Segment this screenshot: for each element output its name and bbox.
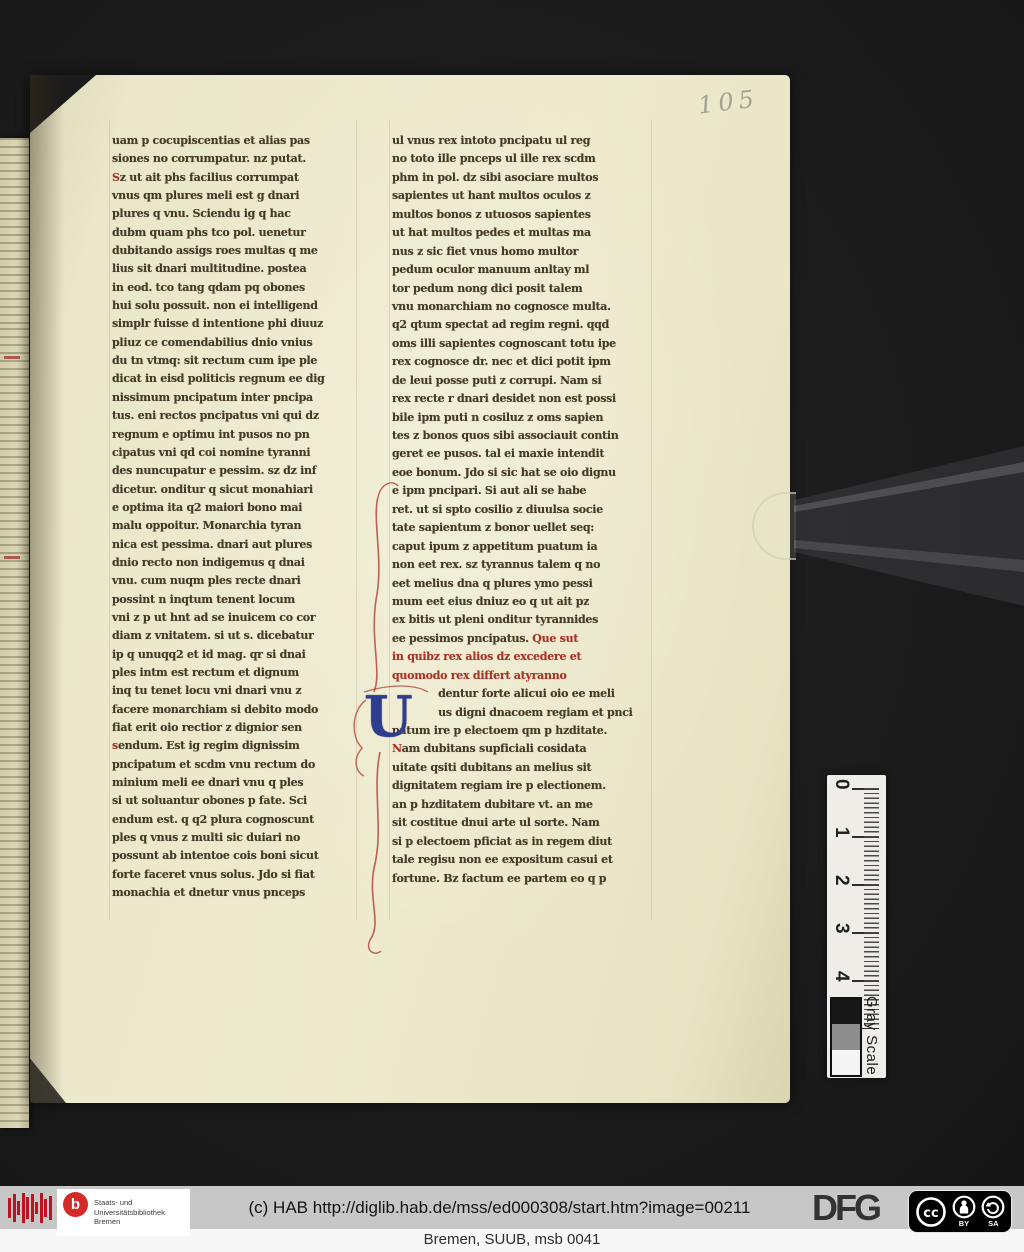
- manuscript-line: phm in pol. dz sibi asociare multos: [392, 168, 640, 186]
- cc-by-label: BY: [959, 1220, 969, 1228]
- manuscript-line: e optima ita q2 maiori bono mai: [112, 498, 360, 516]
- manuscript-line: ples q vnus z multi sic duiari no: [112, 828, 360, 846]
- manuscript-line: in quibz rex alios dz excedere et: [392, 647, 640, 665]
- illuminated-initial: U: [364, 688, 426, 750]
- manuscript-line: du tn vtmq: sit rectum cum ipe ple: [112, 351, 360, 369]
- ruler-number: 3: [830, 923, 852, 934]
- manuscript-line: sendum. Est ig regim dignissim: [112, 736, 360, 754]
- manuscript-line: rex recte r dnari desidet non est possi: [392, 389, 640, 407]
- manuscript-line: rex cognosce dr. nec et dici potit ipm: [392, 352, 640, 370]
- manuscript-line: des nuncupatur e pessim. sz dz inf: [112, 461, 360, 479]
- manuscript-line: ip q unuqq2 et id mag. qr si dnai: [112, 645, 360, 663]
- manuscript-line: us digni dnacoem regiam et pnci: [392, 703, 640, 721]
- manuscript-line: si p electoem pficiat as in regem diut: [392, 832, 640, 850]
- manuscript-line: Nam dubitans supficiali cosidata: [392, 739, 640, 757]
- library-name-line1: Staats- und: [94, 1198, 165, 1208]
- manuscript-line: mum eet eius dniuz eo q ut ait pz: [392, 592, 640, 610]
- manuscript-line: tate sapientum z bonor uellet seq:: [392, 518, 640, 536]
- manuscript-line: eet melius dna q plures ymo pessi: [392, 574, 640, 592]
- manuscript-line: ret. ut si spto cosilio z diuulsa socie: [392, 500, 640, 518]
- manuscript-line: si ut soluantur obones p fate. Sci: [112, 791, 360, 809]
- manuscript-line: nissimum pncipatum inter pncipa: [112, 388, 360, 406]
- copyright-text: (c) HAB http://diglib.hab.de/mss/ed00030…: [200, 1186, 799, 1229]
- manuscript-line: tale regisu non ee expositum casui et: [392, 850, 640, 868]
- manuscript-line: ex bitis ut pleni onditur tyrannides: [392, 610, 640, 628]
- manuscript-line: ul vnus rex intoto pncipatu ul reg: [392, 131, 640, 149]
- manuscript-line: nica est pessima. dnari aut plures: [112, 535, 360, 553]
- cc-icon: cc: [915, 1196, 947, 1228]
- manuscript-line: no toto ille pnceps ul ille rex scdm: [392, 149, 640, 167]
- manuscript-line: quomodo rex differt atyranno: [392, 666, 640, 684]
- dfg-logo: DFG: [812, 1189, 904, 1227]
- manuscript-line: multos bonos z utuosos sapientes: [392, 205, 640, 223]
- manuscript-line: e ipm pncipari. Si aut ali se habe: [392, 481, 640, 499]
- manuscript-line: bile ipm puti n cosiluz z oms sapien: [392, 408, 640, 426]
- grayscale-patches: [830, 997, 862, 1077]
- manuscript-line: fiat erit oio rectior z dignior sen: [112, 718, 360, 736]
- red-text-fragment: [4, 356, 20, 359]
- manuscript-line: sapientes ut hant multos oculos z: [392, 186, 640, 204]
- patch-white: [832, 1050, 860, 1075]
- manuscript-line: nus z sic fiet vnus homo multor: [392, 242, 640, 260]
- suub-bars-logo: [8, 1192, 56, 1224]
- manuscript-line: cipatus vni qd coi nomine tyranni: [112, 443, 360, 461]
- ruling-line: [389, 120, 390, 920]
- manuscript-line: malu oppoitur. Monarchia tyran: [112, 516, 360, 534]
- manuscript-line: minium meli ee dnari vnu q ples: [112, 773, 360, 791]
- manuscript-line: pncipatum et scdm vnu rectum do: [112, 755, 360, 773]
- text-column-left: uam p cocupiscentias et alias passiones …: [112, 131, 360, 901]
- cc-sa-label: SA: [988, 1220, 998, 1228]
- manuscript-line: caput ipum z appetitum puatum ia: [392, 537, 640, 555]
- manuscript-line: possunt ab intentoe cois boni sicut: [112, 846, 360, 864]
- manuscript-line: vni z p ut hnt ad se inuicem co cor: [112, 608, 360, 626]
- cc-license-badge: cc BY SA: [908, 1190, 1012, 1233]
- manuscript-line: tes z bonos quos sibi associauit contin: [392, 426, 640, 444]
- manuscript-line: inq tu tenet locu vni dnari vnu z: [112, 681, 360, 699]
- manuscript-line: possint n inqtum tenent locum: [112, 590, 360, 608]
- manuscript-line: patum ire p electoem qm p hzditate.: [392, 721, 640, 739]
- manuscript-line: Sz ut ait phs facilius corrumpat: [112, 168, 360, 186]
- library-name-line3: Bremen: [94, 1217, 165, 1227]
- manuscript-line: ee pessimos pncipatus. Que sut: [392, 629, 640, 647]
- manuscript-line: de leui posse puti z corrupi. Nam si: [392, 371, 640, 389]
- ruler-number: 2: [830, 875, 852, 886]
- ruler-number: 0: [830, 779, 852, 790]
- text-column-right: ul vnus rex intoto pncipatu ul regno tot…: [392, 131, 640, 887]
- cc-sa-icon: SA: [981, 1195, 1005, 1228]
- ruler-minor-ticks: [864, 788, 879, 1026]
- manuscript-line: ples intm est rectum et dignum: [112, 663, 360, 681]
- manuscript-line: dicat in eisd politicis regnum ee dig: [112, 369, 360, 387]
- manuscript-line: pliuz ce comendabilius dnio vnius: [112, 333, 360, 351]
- manuscript-line: siones no corrumpatur. nz putat.: [112, 149, 360, 167]
- manuscript-line: dubm quam phs tco pol. uenetur: [112, 223, 360, 241]
- library-b-icon: b: [63, 1192, 88, 1217]
- manuscript-line: fortune. Bz factum ee partem eo q p: [392, 869, 640, 887]
- manuscript-line: endum est. q q2 plura cognoscunt: [112, 810, 360, 828]
- manuscript-line: dubitando assigs roes multas q me: [112, 241, 360, 259]
- manuscript-line: vnu monarchiam no cognosce multa.: [392, 297, 640, 315]
- gutter-shadow: [30, 75, 64, 1103]
- patch-gray: [832, 1024, 860, 1049]
- manuscript-line: dentur forte alicui oio ee meli: [392, 684, 640, 702]
- manuscript-line: eoe bonum. Jdo si sic hat se oio dignu: [392, 463, 640, 481]
- manuscript-line: uitate qsiti dubitans an melius sit: [392, 758, 640, 776]
- shelfmark-text: Bremen, SUUB, msb 0041: [0, 1229, 1024, 1252]
- ruler-number: 1: [830, 827, 852, 838]
- manuscript-line: in eod. tco tang qdam pq obones: [112, 278, 360, 296]
- manuscript-line: vnus qm plures meli est g dnari: [112, 186, 360, 204]
- manuscript-line: sit costitue dnui arte ul sorte. Nam: [392, 813, 640, 831]
- library-name-line2: Universitätsbibliothek: [94, 1208, 165, 1218]
- manuscript-line: monachia et dnetur vnus pnceps: [112, 883, 360, 901]
- manuscript-line: regnum e optimu int pusos no pn: [112, 425, 360, 443]
- manuscript-line: dnio recto non indigemus q dnai: [112, 553, 360, 571]
- manuscript-line: vnu. cum nuqm ples recte dnari: [112, 571, 360, 589]
- manuscript-line: facere monarchiam si debito modo: [112, 700, 360, 718]
- ruling-line: [109, 120, 110, 920]
- manuscript-line: plures q vnu. Sciendu ig q hac: [112, 204, 360, 222]
- manuscript-line: uam p cocupiscentias et alias pas: [112, 131, 360, 149]
- manuscript-line: hui solu possuit. non ei intelligend: [112, 296, 360, 314]
- patch-black: [832, 999, 860, 1024]
- grayscale-label: Gray Scale: [863, 996, 880, 1075]
- cc-by-icon: BY: [952, 1195, 976, 1228]
- manuscript-line: an p hzditatem dubitare vt. an me: [392, 795, 640, 813]
- manuscript-line: oms illi sapientes cognoscant totu ipe: [392, 334, 640, 352]
- manuscript-line: q2 qtum spectat ad regim regni. qqd: [392, 315, 640, 333]
- manuscript-line: dignitatem regiam ire p electionem.: [392, 776, 640, 794]
- manuscript-line: simplr fuisse d intentione phi diuuz: [112, 314, 360, 332]
- manuscript-line: lius sit dnari multitudine. postea: [112, 259, 360, 277]
- manuscript-line: dicetur. onditur q sicut monahiari: [112, 480, 360, 498]
- manuscript-line: tor pedum nong dici posit talem: [392, 279, 640, 297]
- previous-leaf-edge: [0, 138, 29, 1128]
- manuscript-line: tus. eni rectos pncipatus vni qui dz: [112, 406, 360, 424]
- manuscript-line: forte faceret vnus solus. Jdo si fiat: [112, 865, 360, 883]
- ruler-number: 4: [830, 971, 852, 982]
- manuscript-line: diam z vnitatem. si ut s. dicebatur: [112, 626, 360, 644]
- svg-text:cc: cc: [923, 1206, 938, 1221]
- red-text-fragment: [4, 556, 20, 559]
- manuscript-line: ut hat multos pedes et multas ma: [392, 223, 640, 241]
- manuscript-line: pedum oculor manuum anltay ml: [392, 260, 640, 278]
- manuscript-line: non eet rex. sz tyrannus talem q no: [392, 555, 640, 573]
- manuscript-line: geret ee pusos. tal ei maxie intendit: [392, 444, 640, 462]
- library-name: Staats- und Universitätsbibliothek Breme…: [94, 1198, 165, 1227]
- ruler: 01234 Gray Scale: [827, 775, 886, 1078]
- ruling-line: [651, 120, 652, 920]
